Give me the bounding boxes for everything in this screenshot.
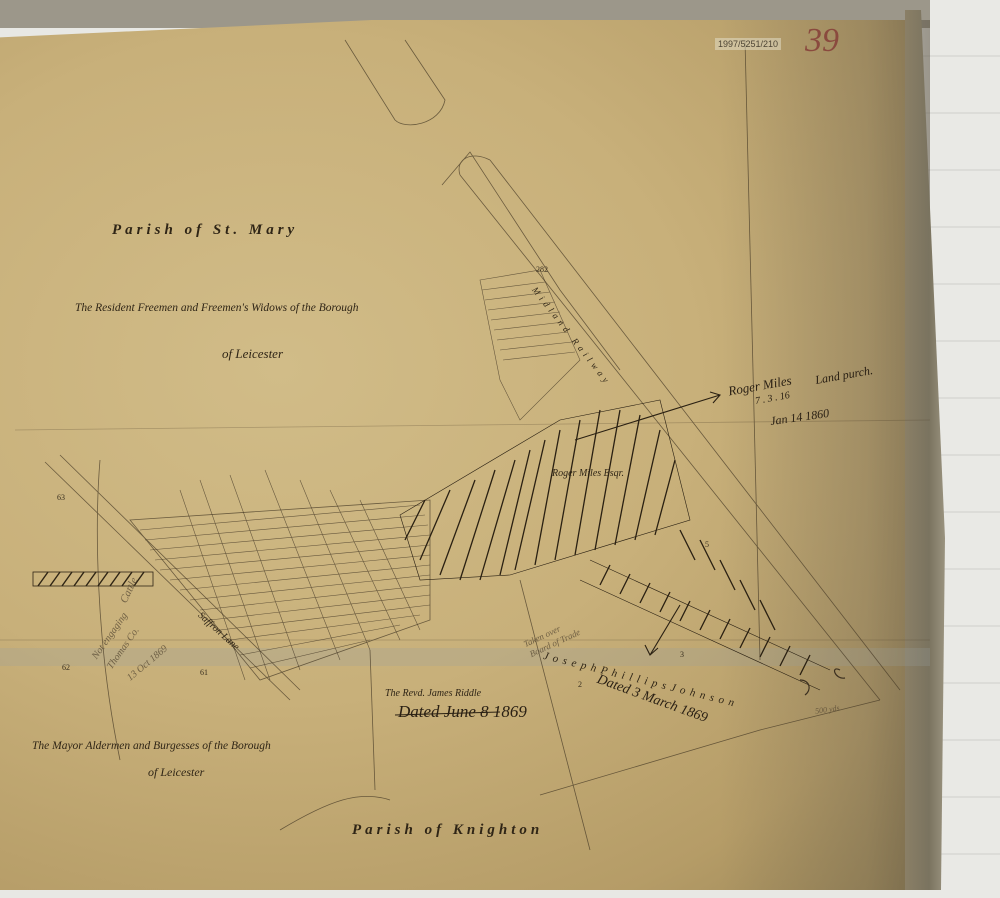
riddle-dated-note: Dated June 8 1869 [398,702,527,722]
mayor-owner-label: The Mayor Aldermen and Burgesses of the … [32,740,271,752]
map-linework [0,0,1000,898]
plot-ref: 61 [200,668,208,677]
catalog-reference: 1997/5251/210 [715,38,781,50]
parish-st-mary-label: Parish of St. Mary [112,222,298,239]
plot-ref: 5 [705,540,709,549]
plot-ref: 282 [536,265,548,274]
parish-knighton-label: Parish of Knighton [352,822,543,839]
riddle-owner-label: The Revd. James Riddle [385,688,481,699]
sheet-number: 39 [805,22,839,60]
miles-owner-label: Roger Miles Esqr. [552,468,624,479]
mayor-owner-label-2: of Leicester [148,765,204,780]
freemen-owner-label-2: of Leicester [222,346,283,362]
plot-ref: 62 [62,663,70,672]
plot-ref: 3 [680,650,684,659]
arrow-to-miles-note [575,395,720,440]
plot-ref: 63 [57,493,65,502]
saffron-lane-west [45,462,290,700]
plot-ref: 2 [578,680,582,689]
freemen-owner-label: The Resident Freemen and Freemen's Widow… [75,302,359,314]
